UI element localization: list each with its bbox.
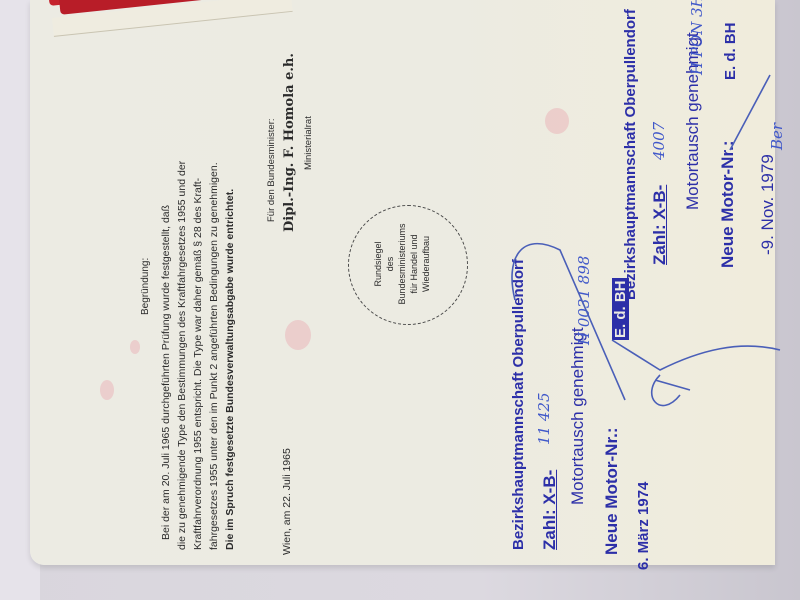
signature-strokes (0, 0, 800, 600)
